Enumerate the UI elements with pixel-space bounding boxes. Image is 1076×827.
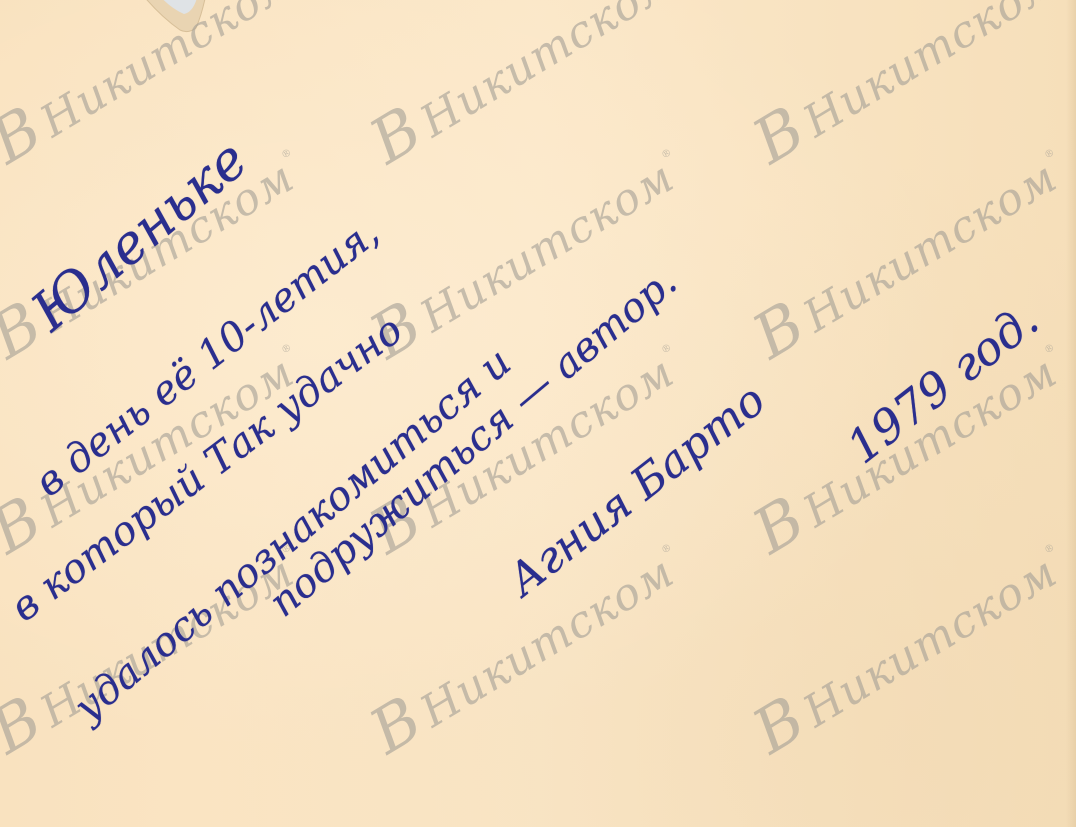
torn-corner-mark bbox=[140, 0, 210, 36]
paper-edge-shadow bbox=[1066, 0, 1076, 827]
